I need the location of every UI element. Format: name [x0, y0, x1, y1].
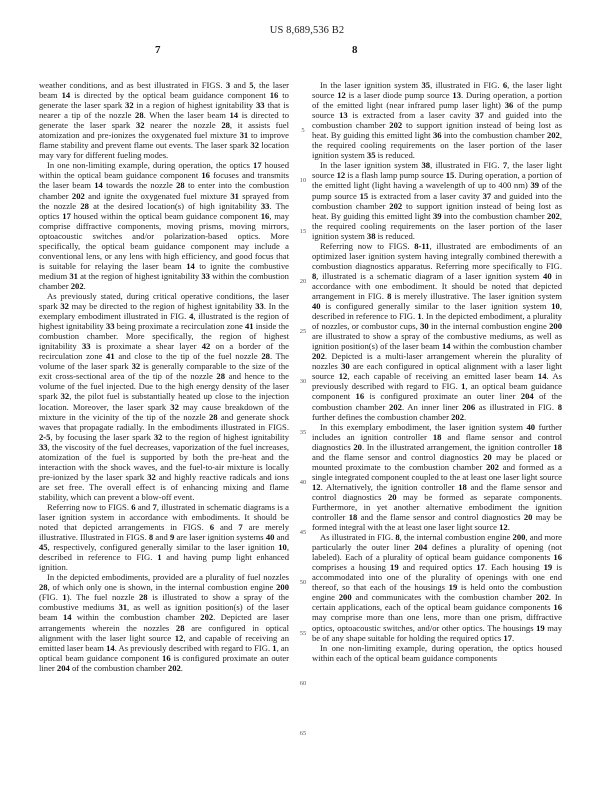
line-number: 35: [296, 429, 310, 436]
line-number: 10: [296, 177, 310, 184]
paragraph: In the laser ignition system 38, illustr…: [312, 160, 562, 240]
paragraph: In one non-limiting example, during oper…: [39, 160, 289, 291]
paragraph: In one non-limiting example, during oper…: [312, 643, 562, 663]
paragraph: In the depicted embodiments, provided ar…: [39, 572, 289, 672]
patent-header: US 8,689,536 B2: [0, 25, 614, 36]
paragraph: weather conditions, and as best illustra…: [39, 80, 289, 160]
paragraph: In this exemplary embodiment, the laser …: [312, 422, 562, 533]
line-number: 55: [296, 630, 310, 637]
left-column: weather conditions, and as best illustra…: [39, 80, 289, 673]
right-column: In the laser ignition system 35, illustr…: [312, 80, 562, 663]
paragraph: Referring now to FIGS. 8-11, illustrated…: [312, 241, 562, 422]
line-number: 40: [296, 479, 310, 486]
line-number: 45: [296, 529, 310, 536]
paragraph: In the laser ignition system 35, illustr…: [312, 80, 562, 160]
line-number: 30: [296, 378, 310, 385]
right-page-number: 8: [352, 44, 358, 56]
line-number: 25: [296, 328, 310, 335]
left-page-number: 7: [155, 44, 161, 56]
line-number: 65: [296, 730, 310, 737]
paragraph: Referring now to FIGS. 6 and 7, illustra…: [39, 502, 289, 572]
line-number: 60: [296, 680, 310, 687]
paragraph: As illustrated in FIG. 8, the internal c…: [312, 532, 562, 643]
line-number: 50: [296, 579, 310, 586]
line-number: 5: [296, 127, 310, 134]
line-number: 15: [296, 228, 310, 235]
line-number: 20: [296, 278, 310, 285]
paragraph: As previously stated, during critical op…: [39, 291, 289, 502]
